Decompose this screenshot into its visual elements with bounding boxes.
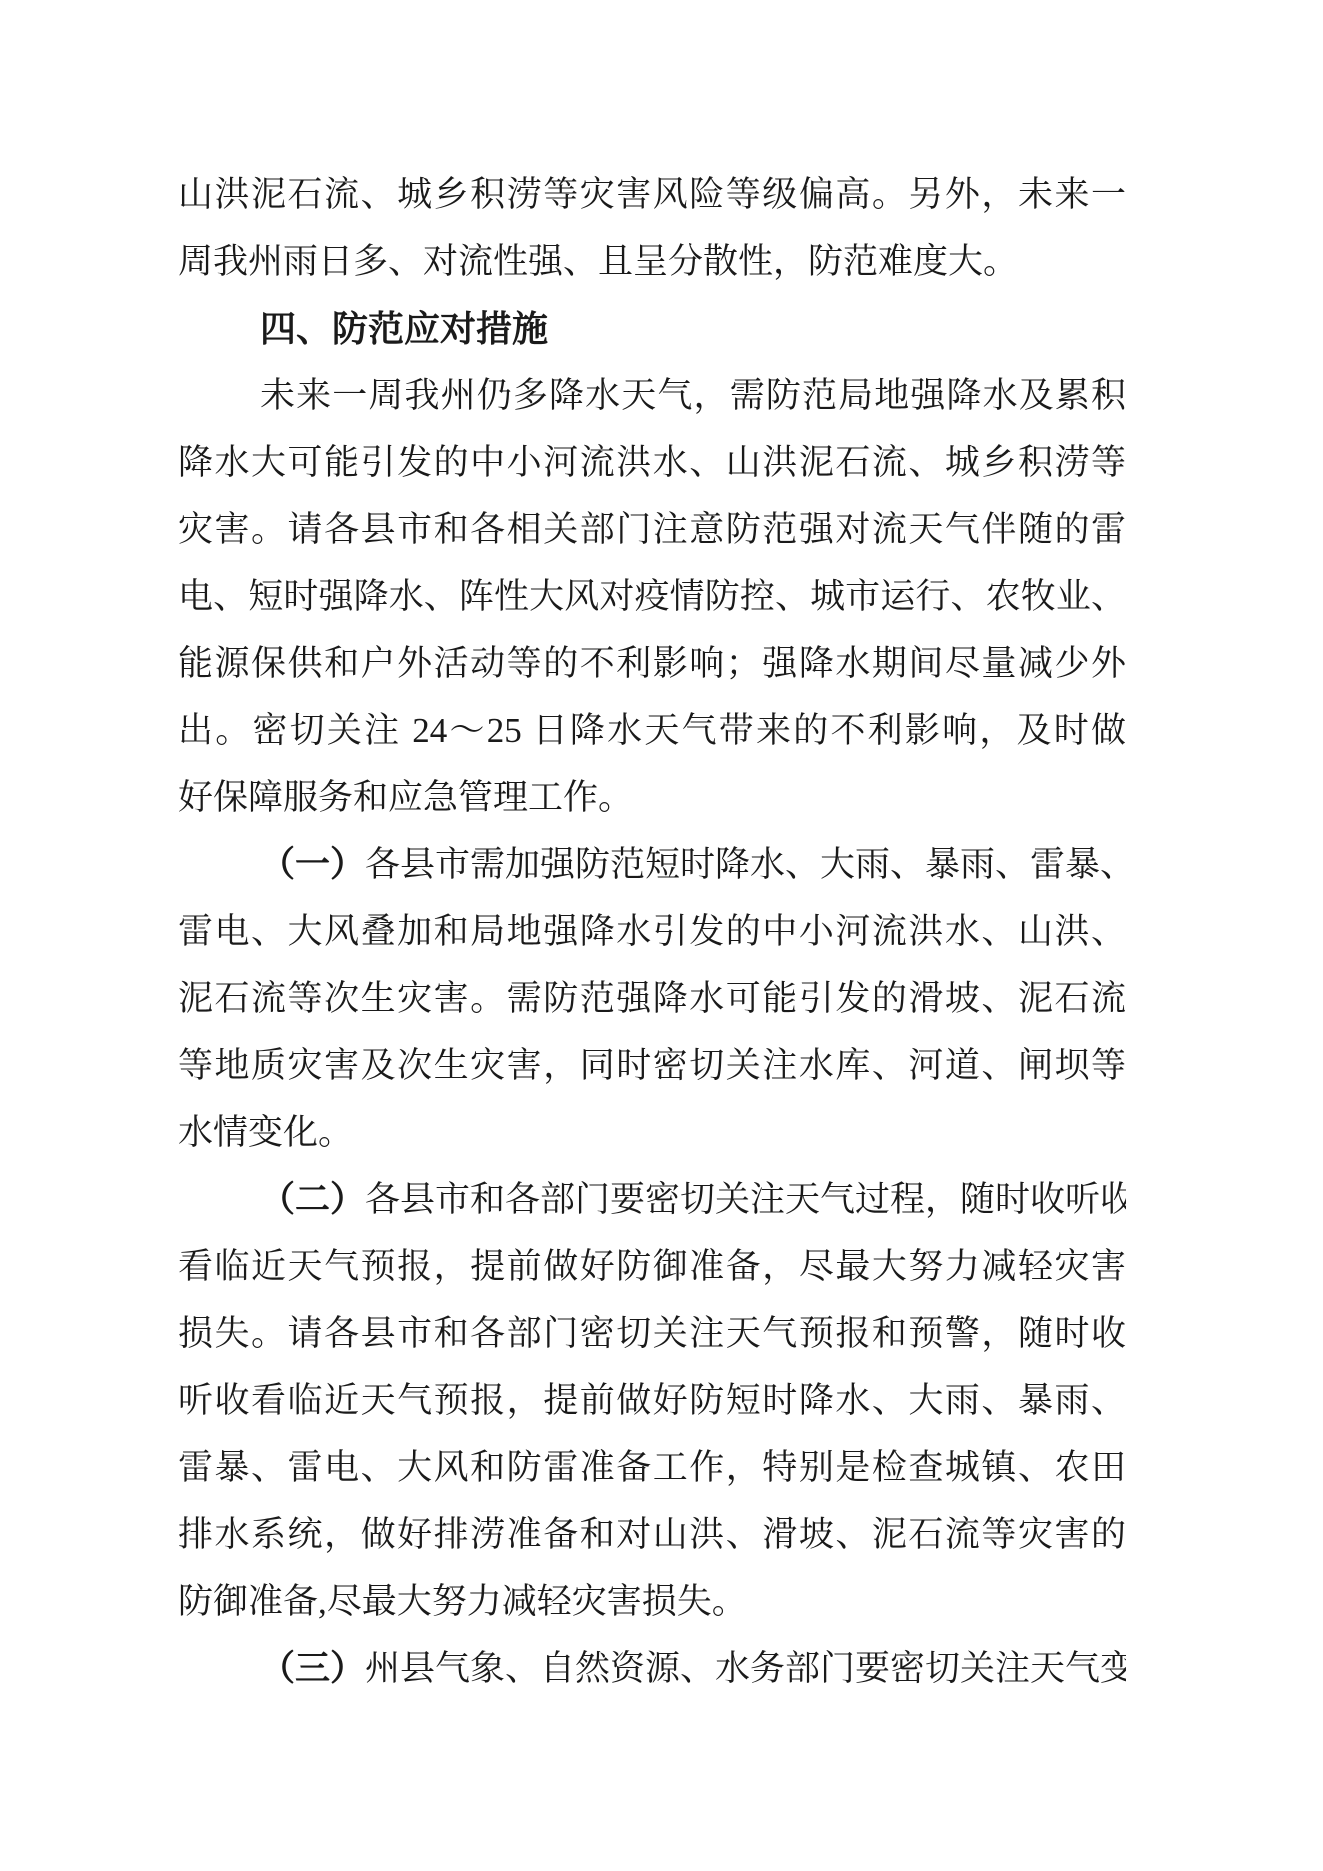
item-marker: （一）: [260, 845, 365, 884]
text-line: 听收看临近天气预报，提前做好防短时降水、大雨、暴雨、: [178, 1367, 1126, 1434]
text-line-content: 好保障服务和应急管理工作。: [178, 778, 633, 817]
text-line-content: 泥石流等次生灾害。需防范强降水可能引发的滑坡、泥石流: [178, 979, 1126, 1018]
text-line-content: 各县市和各部门要密切关注天气过程，随时收听收: [365, 1180, 1126, 1219]
text-line: 水情变化。: [178, 1099, 1126, 1166]
text-line: 山洪泥石流、城乡积涝等灾害风险等级偏高。另外，未来一: [178, 161, 1126, 228]
text-line-content: 雷暴、雷电、大风和防雷准备工作，特别是检查城镇、农田: [178, 1448, 1126, 1487]
text-line-content: 看临近天气预报，提前做好防御准备，尽最大努力减轻灾害: [178, 1247, 1126, 1286]
text-line: 好保障服务和应急管理工作。: [178, 764, 1126, 831]
item-marker: （三）: [260, 1649, 365, 1688]
item-marker: （二）: [260, 1180, 365, 1219]
text-line-content: 周我州雨日多、对流性强、且呈分散性，防范难度大。: [178, 242, 1018, 281]
text-line: 看临近天气预报，提前做好防御准备，尽最大努力减轻灾害: [178, 1233, 1126, 1300]
text-line-content: 电、短时强降水、阵性大风对疫情防控、城市运行、农牧业、: [178, 577, 1126, 616]
text-line: 防御准备,尽最大努力减轻灾害损失。: [178, 1568, 1126, 1635]
text-line: 能源保供和户外活动等的不利影响；强降水期间尽量减少外: [178, 630, 1126, 697]
text-line-content: 损失。请各县市和各部门密切关注天气预报和预警，随时收: [178, 1314, 1126, 1353]
text-line-content: 灾害。请各县市和各相关部门注意防范强对流天气伴随的雷: [178, 510, 1126, 549]
text-line-content: 州县气象、自然资源、水务部门要密切关注天气变: [365, 1649, 1126, 1688]
text-line: （二）各县市和各部门要密切关注天气过程，随时收听收: [178, 1166, 1126, 1233]
text-line-content: 未来一周我州仍多降水天气，需防范局地强降水及累积: [260, 376, 1126, 415]
text-line-content: 各县市需加强防范短时降水、大雨、暴雨、雷暴、: [365, 845, 1126, 884]
text-line: （一）各县市需加强防范短时降水、大雨、暴雨、雷暴、: [178, 831, 1126, 898]
text-line-content: 山洪泥石流、城乡积涝等灾害风险等级偏高。另外，未来一: [178, 175, 1126, 214]
text-line: 排水系统，做好排涝准备和对山洪、滑坡、泥石流等灾害的: [178, 1501, 1126, 1568]
section-heading-text: 四、防范应对措施: [260, 308, 548, 349]
text-line: 雷暴、雷电、大风和防雷准备工作，特别是检查城镇、农田: [178, 1434, 1126, 1501]
text-line: 周我州雨日多、对流性强、且呈分散性，防范难度大。: [178, 228, 1126, 295]
text-line: 灾害。请各县市和各相关部门注意防范强对流天气伴随的雷: [178, 496, 1126, 563]
text-line: 泥石流等次生灾害。需防范强降水可能引发的滑坡、泥石流: [178, 965, 1126, 1032]
text-line-content: 听收看临近天气预报，提前做好防短时降水、大雨、暴雨、: [178, 1381, 1126, 1420]
text-line-content: 能源保供和户外活动等的不利影响；强降水期间尽量减少外: [178, 644, 1126, 683]
text-line: 未来一周我州仍多降水天气，需防范局地强降水及累积: [178, 362, 1126, 429]
document-page: 山洪泥石流、城乡积涝等灾害风险等级偏高。另外，未来一 周我州雨日多、对流性强、且…: [0, 0, 1323, 1871]
text-line: 等地质灾害及次生灾害，同时密切关注水库、河道、闸坝等: [178, 1032, 1126, 1099]
text-line-content: 等地质灾害及次生灾害，同时密切关注水库、河道、闸坝等: [178, 1046, 1126, 1085]
text-line-content: 防御准备,尽最大努力减轻灾害损失。: [178, 1582, 747, 1621]
text-line: 降水大可能引发的中小河流洪水、山洪泥石流、城乡积涝等: [178, 429, 1126, 496]
text-line: 出。密切关注 24～25 日降水天气带来的不利影响，及时做: [178, 697, 1126, 764]
text-line-content: 降水大可能引发的中小河流洪水、山洪泥石流、城乡积涝等: [178, 443, 1126, 482]
text-line: （三）州县气象、自然资源、水务部门要密切关注天气变: [178, 1635, 1126, 1702]
text-line: 电、短时强降水、阵性大风对疫情防控、城市运行、农牧业、: [178, 563, 1126, 630]
document-body: 山洪泥石流、城乡积涝等灾害风险等级偏高。另外，未来一 周我州雨日多、对流性强、且…: [178, 161, 1126, 1702]
text-line-content: 出。密切关注 24～25 日降水天气带来的不利影响，及时做: [178, 711, 1126, 750]
section-heading: 四、防范应对措施: [178, 295, 1126, 362]
text-line-content: 雷电、大风叠加和局地强降水引发的中小河流洪水、山洪、: [178, 912, 1126, 951]
text-line-content: 排水系统，做好排涝准备和对山洪、滑坡、泥石流等灾害的: [178, 1515, 1126, 1554]
text-line-content: 水情变化。: [178, 1113, 353, 1152]
text-line: 雷电、大风叠加和局地强降水引发的中小河流洪水、山洪、: [178, 898, 1126, 965]
text-line: 损失。请各县市和各部门密切关注天气预报和预警，随时收: [178, 1300, 1126, 1367]
